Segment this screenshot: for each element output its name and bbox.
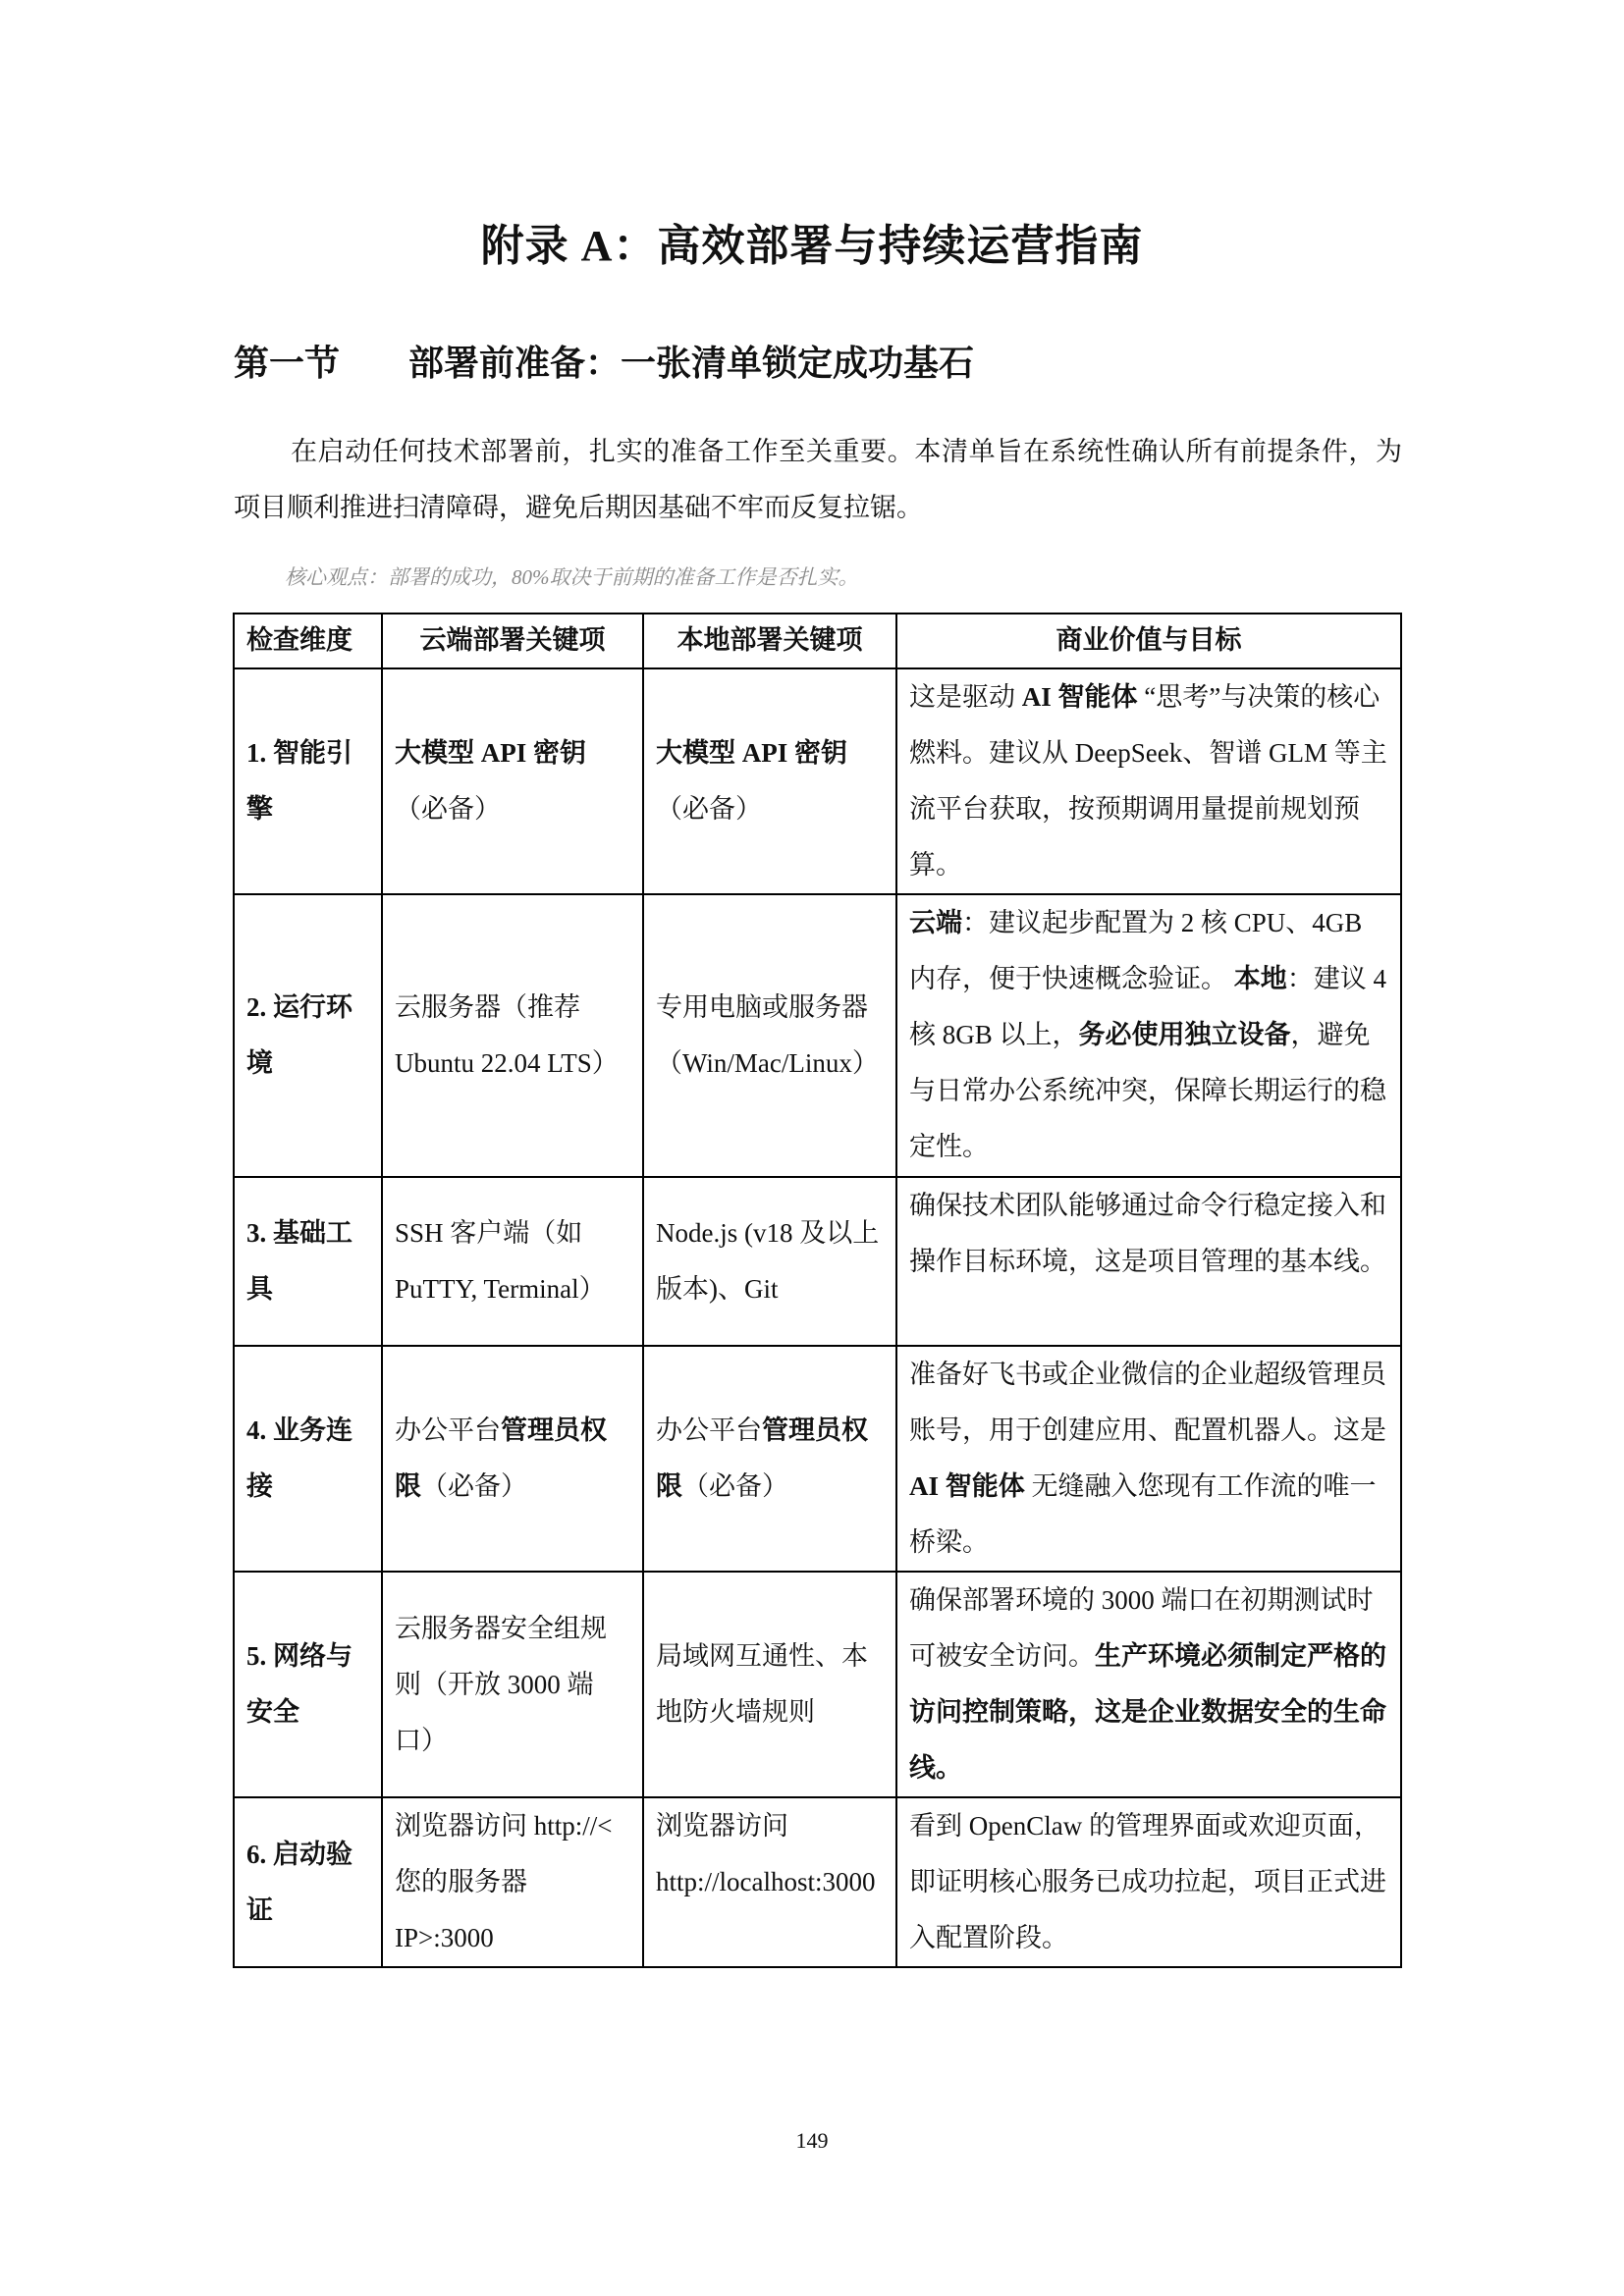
cloud-normal-text: （必备） xyxy=(395,794,501,824)
value-text: “思考”与决策的核心燃料。建议从 DeepSeek、智谱 GLM 等主流平台获取… xyxy=(909,682,1387,880)
row-dimension: 6. 启动验证 xyxy=(234,1797,382,1967)
core-note: 核心观点：部署的成功，80%取决于前期的准备工作是否扎实。 xyxy=(285,561,859,591)
row-dimension: 3. 基础工具 xyxy=(234,1177,382,1346)
section-number: 第一节 xyxy=(234,336,408,386)
row-local: 局域网互通性、本地防火墙规则 xyxy=(643,1572,896,1797)
page-number: 149 xyxy=(0,2128,1624,2154)
emphasis-text: AI 智能体 xyxy=(909,1471,1025,1501)
row-dimension: 5. 网络与安全 xyxy=(234,1572,382,1797)
cloud-pre-text: 办公平台 xyxy=(395,1415,501,1445)
table-row: 1. 智能引擎 大模型 API 密钥（必备） 大模型 API 密钥（必备） 这是… xyxy=(234,668,1401,894)
value-text: 准备好飞书或企业微信的企业超级管理员账号，用于创建应用、配置机器人。这是 xyxy=(909,1360,1386,1445)
value-text: 确保技术团队能够通过命令行稳定接入和操作目标环境，这是项目管理的基本线。 xyxy=(909,1191,1386,1276)
table-row: 4. 业务连接 办公平台管理员权限（必备） 办公平台管理员权限（必备） 准备好飞… xyxy=(234,1346,1401,1572)
header-cloud: 云端部署关键项 xyxy=(382,614,643,668)
table-row: 5. 网络与安全 云服务器安全组规则（开放 3000 端口） 局域网互通性、本地… xyxy=(234,1572,1401,1797)
emphasis-text: 本地 xyxy=(1234,964,1287,993)
row-value: 这是驱动 AI 智能体 “思考”与决策的核心燃料。建议从 DeepSeek、智谱… xyxy=(896,668,1401,894)
table-row: 2. 运行环境 云服务器（推荐 Ubuntu 22.04 LTS） 专用电脑或服… xyxy=(234,894,1401,1177)
table-header-row: 检查维度 云端部署关键项 本地部署关键项 商业价值与目标 xyxy=(234,614,1401,668)
row-value: 确保技术团队能够通过命令行稳定接入和操作目标环境，这是项目管理的基本线。 xyxy=(896,1177,1401,1346)
emphasis-text: 云端 xyxy=(909,908,962,937)
page-title: 附录 A：高效部署与持续运营指南 xyxy=(0,210,1624,273)
table-row: 6. 启动验证 浏览器访问 http://<您的服务器 IP>:3000 浏览器… xyxy=(234,1797,1401,1967)
row-dimension: 4. 业务连接 xyxy=(234,1346,382,1572)
local-bold-text: 大模型 API 密钥 xyxy=(656,738,847,768)
row-local: 大模型 API 密钥（必备） xyxy=(643,668,896,894)
emphasis-text: AI 智能体 xyxy=(1022,682,1138,712)
local-pre-text: 办公平台 xyxy=(656,1415,762,1445)
row-value: 云端：建议起步配置为 2 核 CPU、4GB 内存，便于快速概念验证。 本地：建… xyxy=(896,894,1401,1177)
row-cloud: SSH 客户端（如 PuTTY, Terminal） xyxy=(382,1177,643,1346)
header-value: 商业价值与目标 xyxy=(896,614,1401,668)
cloud-bold-text: 大模型 API 密钥 xyxy=(395,738,586,768)
row-local: 办公平台管理员权限（必备） xyxy=(643,1346,896,1572)
value-text: 看到 OpenClaw 的管理界面或欢迎页面，即证明核心服务已成功拉起，项目正式… xyxy=(909,1811,1386,1952)
local-post-text: （必备） xyxy=(682,1471,788,1501)
row-cloud: 云服务器安全组规则（开放 3000 端口） xyxy=(382,1572,643,1797)
cloud-post-text: （必备） xyxy=(421,1471,527,1501)
row-cloud: 办公平台管理员权限（必备） xyxy=(382,1346,643,1572)
row-dimension: 2. 运行环境 xyxy=(234,894,382,1177)
section-heading: 第一节部署前准备：一张清单锁定成功基石 xyxy=(234,336,974,386)
value-text: 这是驱动 xyxy=(909,682,1022,712)
row-value: 看到 OpenClaw 的管理界面或欢迎页面，即证明核心服务已成功拉起，项目正式… xyxy=(896,1797,1401,1967)
row-cloud: 浏览器访问 http://<您的服务器 IP>:3000 xyxy=(382,1797,643,1967)
row-local: 专用电脑或服务器（Win/Mac/Linux） xyxy=(643,894,896,1177)
row-cloud: 云服务器（推荐 Ubuntu 22.04 LTS） xyxy=(382,894,643,1177)
row-value: 准备好飞书或企业微信的企业超级管理员账号，用于创建应用、配置机器人。这是 AI … xyxy=(896,1346,1401,1572)
header-dimension: 检查维度 xyxy=(234,614,382,668)
row-local: Node.js (v18 及以上版本)、Git xyxy=(643,1177,896,1346)
row-dimension: 1. 智能引擎 xyxy=(234,668,382,894)
emphasis-text: 务必使用独立设备 xyxy=(1079,1020,1291,1049)
intro-paragraph: 在启动任何技术部署前，扎实的准备工作至关重要。本清单旨在系统性确认所有前提条件，… xyxy=(234,424,1402,536)
section-title: 部署前准备：一张清单锁定成功基石 xyxy=(408,344,974,383)
header-local: 本地部署关键项 xyxy=(643,614,896,668)
row-local: 浏览器访问 http://localhost:3000 xyxy=(643,1797,896,1967)
row-cloud: 大模型 API 密钥（必备） xyxy=(382,668,643,894)
local-normal-text: （必备） xyxy=(656,794,762,824)
row-value: 确保部署环境的 3000 端口在初期测试时可被安全访问。生产环境必须制定严格的访… xyxy=(896,1572,1401,1797)
checklist-table: 检查维度 云端部署关键项 本地部署关键项 商业价值与目标 1. 智能引擎 大模型… xyxy=(233,613,1402,1968)
table-row: 3. 基础工具 SSH 客户端（如 PuTTY, Terminal） Node.… xyxy=(234,1177,1401,1346)
